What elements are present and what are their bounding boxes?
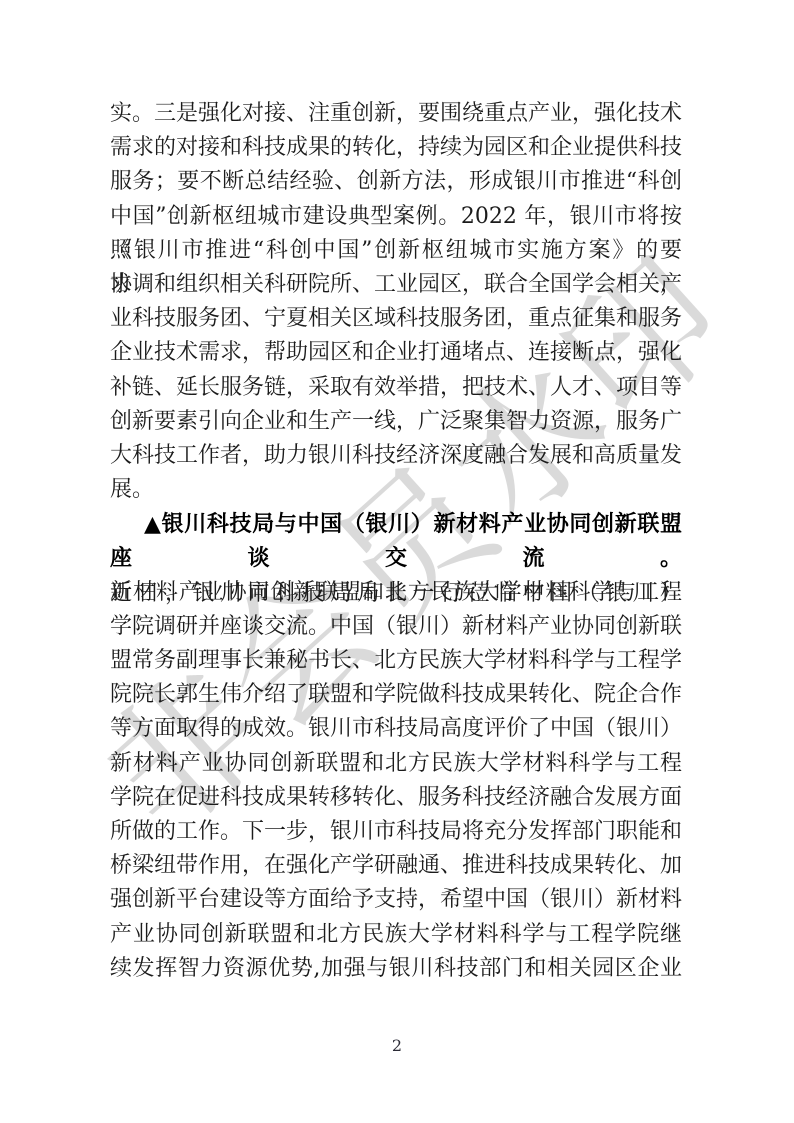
text-line: 新材料产业协同创新联盟和北方民族大学材料科学与工程 [110,747,682,781]
body-run: 业科技服务团、宁夏相关区域科技服务团，重点征集和服务 [110,306,682,331]
text-line: 院院长郭生伟介绍了联盟和学院做科技成果转化、院企合作 [110,678,682,712]
body-run: 盟常务副理事长兼秘书长、北方民族大学材料科学与工程学 [110,648,682,673]
body-run: 桥梁纽带作用，在强化产学研融通、推进科技成果转化、加 [110,853,682,878]
text-line: 创新要素引向企业和生产一线，广泛聚集智力资源，服务广 [110,405,682,439]
text-line: 企业技术需求，帮助园区和企业打通堵点、连接断点，强化 [110,336,682,370]
text-line: 业科技服务团、宁夏相关区域科技服务团，重点征集和服务 [110,302,682,336]
text-line: 大科技工作者，助力银川科技经济深度融合发展和高质量发 [110,439,682,473]
body-run: 学院调研并座谈交流。中国（银川）新材料产业协同创新联 [110,614,682,639]
text-line: 《银川市推进“科创中国”创新枢纽城市实施方案》的要求， [110,234,682,268]
body-run: 需求的对接和科技成果的转化，持续为园区和企业提供科技 [110,135,682,160]
body-run: 新材料产业协同创新联盟和北方民族大学材料科学与工程 [110,580,682,605]
text-line: 盟常务副理事长兼秘书长、北方民族大学材料科学与工程学 [110,644,682,678]
text-line: 协调和组织相关科研院所、工业园区，联合全国学会相关产 [110,268,682,302]
text-line: 学院在促进科技成果转移转化、服务科技经济融合发展方面 [110,781,682,815]
body-run: 院院长郭生伟介绍了联盟和学院做科技成果转化、院企合作 [110,682,682,707]
text-line: ▲银川科技局与中国（银川）新材料产业协同创新联盟 [110,507,682,541]
text-line: 学院调研并座谈交流。中国（银川）新材料产业协同创新联 [110,610,682,644]
body-run: 续发挥智力资源优势,加强与银川科技部门和相关园区企业 [110,956,682,981]
text-line: 等方面取得的成效。银川市科技局高度评价了中国（银川） [110,712,682,746]
text-line: 需求的对接和科技成果的转化，持续为园区和企业提供科技 [110,131,682,165]
document-body: 实。三是强化对接、注重创新，要围绕重点产业，强化技术需求的对接和科技成果的转化，… [110,97,682,986]
body-run: 新材料产业协同创新联盟和北方民族大学材料科学与工程 [110,751,682,776]
heading-run: ▲银川科技局与中国（银川）新材料产业协同创新联盟 [144,511,682,537]
body-run: 学院在促进科技成果转移转化、服务科技经济融合发展方面 [110,785,682,810]
body-run: 强创新平台建设等方面给予支持，希望中国（银川）新材料 [110,887,682,912]
page-number: 2 [0,1036,794,1055]
text-line: 强创新平台建设等方面给予支持，希望中国（银川）新材料 [110,883,682,917]
text-line: 补链、延长服务链，采取有效举措，把技术、人才、项目等 [110,371,682,405]
text-line: 所做的工作。下一步，银川市科技局将充分发挥部门职能和 [110,815,682,849]
text-line: 服务；要不断总结经验、创新方法，形成银川市推进“科创 [110,165,682,199]
body-run: 大科技工作者，助力银川科技经济深度融合发展和高质量发 [110,443,682,468]
body-run: 创新要素引向企业和生产一线，广泛聚集智力资源，服务广 [110,409,682,434]
body-run: 企业技术需求，帮助园区和企业打通堵点、连接断点，强化 [110,340,682,365]
text-line: 桥梁纽带作用，在强化产学研融通、推进科技成果转化、加 [110,849,682,883]
body-run: 产业协同创新联盟和北方民族大学材料科学与工程学院继 [110,922,682,947]
heading-run: 座谈交流。 [110,545,682,571]
text-line: 展。 [110,473,682,507]
text-line: 实。三是强化对接、注重创新，要围绕重点产业，强化技术 [110,97,682,131]
text-line: 续发挥智力资源优势,加强与银川科技部门和相关园区企业 [110,952,682,986]
body-run: 服务；要不断总结经验、创新方法，形成银川市推进“科创 [110,169,682,194]
text-line: 中国”创新枢纽城市建设典型案例。2022 年，银川市将按照 [110,200,682,234]
text-line: 产业协同创新联盟和北方民族大学材料科学与工程学院继 [110,918,682,952]
document-page: 非会员水印 实。三是强化对接、注重创新，要围绕重点产业，强化技术需求的对接和科技… [0,0,794,1123]
body-run: 补链、延长服务链，采取有效举措，把技术、人才、项目等 [110,375,682,400]
body-run: 实。三是强化对接、注重创新，要围绕重点产业，强化技术 [110,101,682,126]
body-run: 展。 [110,477,154,502]
body-run: 等方面取得的成效。银川市科技局高度评价了中国（银川） [110,716,682,741]
text-line: 新材料产业协同创新联盟和北方民族大学材料科学与工程 [110,576,682,610]
body-run: 协调和组织相关科研院所、工业园区，联合全国学会相关产 [110,272,682,297]
text-line: 座谈交流。近日，银川市科技局局长一行莅临中国（银川） [110,541,682,575]
body-run: 所做的工作。下一步，银川市科技局将充分发挥部门职能和 [110,819,682,844]
